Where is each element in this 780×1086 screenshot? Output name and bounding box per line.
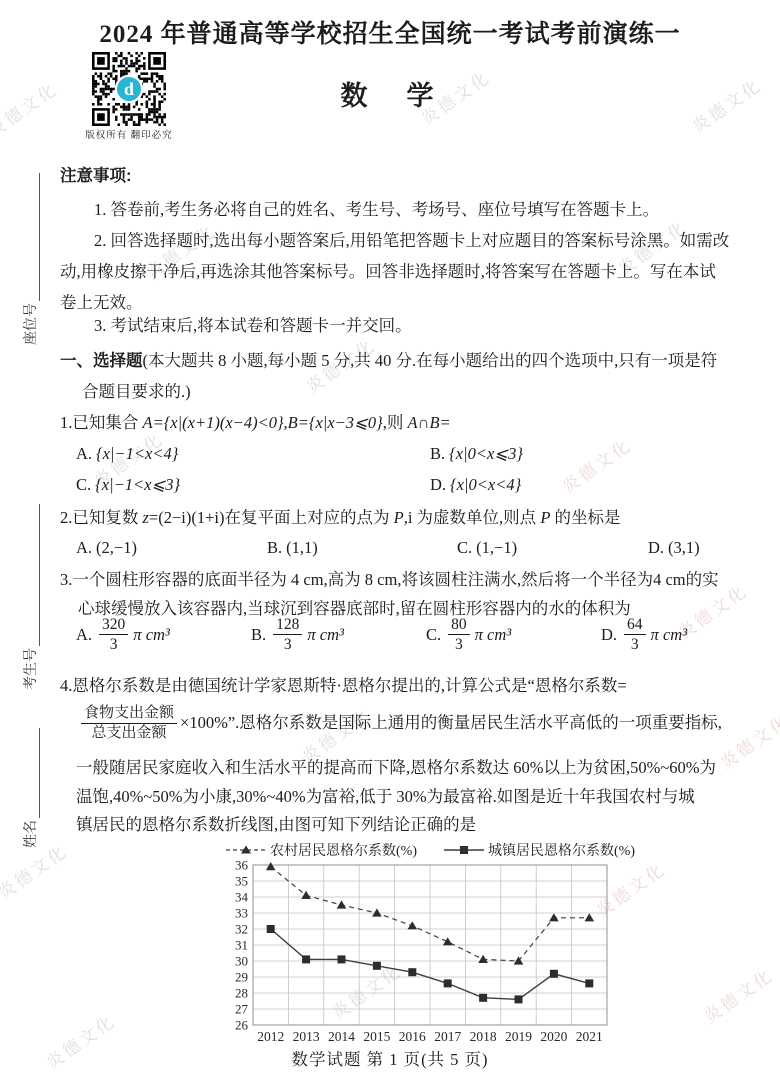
- fraction-numerator: 128: [273, 616, 302, 635]
- svg-text:34: 34: [235, 890, 249, 905]
- q2-option-d: D.(3,1): [648, 538, 700, 558]
- name-line: [25, 728, 40, 818]
- chart-legend: 农村居民恩格尔系数(%) 城镇居民恩格尔系数(%): [215, 840, 645, 860]
- option-key: C.: [76, 475, 91, 494]
- candidate-number-line: [25, 504, 40, 646]
- seat-number-field: 座位号: [20, 173, 40, 345]
- option-value: π cm³: [133, 625, 170, 645]
- svg-text:2014: 2014: [328, 1029, 355, 1044]
- q1-option-c: C.{x|−1<x⩽3}: [76, 475, 180, 495]
- fraction-denominator: 3: [624, 635, 646, 653]
- engel-chart: 2627282930313233343536201220132014201520…: [228, 858, 648, 1054]
- question-3-stem-line1: 3.一个圆柱形容器的底面半径为 4 cm,高为 8 cm,将该圆柱注满水,然后将…: [60, 569, 719, 590]
- svg-text:2019: 2019: [505, 1029, 532, 1044]
- option-value: (2,−1): [96, 538, 137, 557]
- option-key: C.: [426, 625, 441, 645]
- svg-text:30: 30: [235, 954, 248, 969]
- option-key: D.: [648, 538, 664, 557]
- q3-option-a: A.3203π cm³: [76, 616, 170, 653]
- fraction-numerator: 64: [624, 616, 646, 635]
- fraction-denominator: 3: [273, 635, 302, 653]
- q1-option-d: D.{x|0<x<4}: [430, 475, 521, 495]
- q3-option-d: D.643π cm³: [601, 616, 687, 653]
- svg-text:2012: 2012: [257, 1029, 284, 1044]
- option-key: A.: [76, 625, 92, 645]
- exam-page: 炎德文化 炎德文化 炎德文化 炎德文化 炎德文化 炎德文化 炎德文化 炎德文化 …: [0, 0, 780, 1086]
- q3-option-c: C.803π cm³: [426, 616, 511, 653]
- legend-label-urban: 城镇居民恩格尔系数(%): [488, 840, 635, 860]
- option-key: D.: [601, 625, 617, 645]
- option-value: (1,−1): [476, 538, 517, 557]
- option-value: (1,1): [286, 538, 318, 557]
- svg-text:2018: 2018: [470, 1029, 497, 1044]
- svg-text:36: 36: [235, 858, 249, 873]
- svg-text:2016: 2016: [399, 1029, 426, 1044]
- seat-number-line: [25, 173, 40, 301]
- name-label: 姓名: [20, 820, 40, 848]
- legend-item-urban: 城镇居民恩格尔系数(%): [443, 840, 635, 860]
- fraction-numerator: 80: [448, 616, 470, 635]
- section-one-heading-rest: (本大题共 8 小题,每小题 5 分,共 40 分.在每小题给出的四个选项中,只…: [143, 351, 718, 370]
- notice-line: 动,用橡皮擦干净后,再选涂其他答案标号。回答非选择题时,将答案写在答题卡上。写在…: [60, 261, 716, 282]
- option-value: π cm³: [475, 625, 512, 645]
- q1-option-b: B.{x|0<x⩽3}: [430, 444, 523, 464]
- fraction-denominator: 3: [99, 635, 128, 653]
- svg-text:29: 29: [235, 970, 248, 985]
- page-title: 2024 年普通高等学校招生全国统一考试考前演练一: [0, 14, 780, 50]
- option-value: {x|−1<x<4}: [96, 444, 178, 463]
- subject-title: 数 学: [0, 74, 780, 113]
- section-one-heading-bold: 一、选择题: [60, 352, 143, 370]
- q2-option-a: A.(2,−1): [76, 538, 137, 558]
- svg-text:2015: 2015: [363, 1029, 390, 1044]
- question-2-stem: 2.已知复数 z=(2−i)(1+i)在复平面上对应的点为 P,i 为虚数单位,…: [60, 507, 621, 528]
- option-key: B.: [430, 444, 445, 463]
- candidate-number-label: 考生号: [20, 648, 40, 690]
- option-key: A.: [76, 444, 92, 463]
- notice-heading: 注意事项:: [60, 166, 132, 187]
- q2-option-c: C.(1,−1): [457, 538, 517, 558]
- notice-line: 2. 回答选择题时,选出每小题答案后,用铅笔把答题卡上对应题目的答案标号涂黑。如…: [94, 230, 729, 251]
- option-value: {x|0<x<4}: [450, 475, 521, 494]
- q2-option-b: B.(1,1): [267, 538, 318, 558]
- option-value: π cm³: [307, 625, 344, 645]
- notice-line: 3. 考试结束后,将本试卷和答题卡一并交回。: [94, 315, 412, 336]
- notice-line: 卷上无效。: [60, 292, 143, 313]
- option-key: C.: [457, 538, 472, 557]
- svg-text:2017: 2017: [434, 1029, 461, 1044]
- question-4-stem-line4: 温饱,40%~50%为小康,30%~40%为富裕,低于 30%为最富裕.如图是近…: [76, 786, 695, 807]
- svg-text:2013: 2013: [293, 1029, 320, 1044]
- q3-option-b: B.1283π cm³: [251, 616, 344, 653]
- question-4-stem-line2: 食物支出金额总支出金额×100%”.恩格尔系数是国际上通用的衡量居民生活水平高低…: [78, 700, 722, 746]
- option-key: B.: [267, 538, 282, 557]
- watermark-text: 炎德文化: [698, 961, 778, 1027]
- option-value: (3,1): [668, 538, 700, 557]
- svg-text:35: 35: [235, 874, 248, 889]
- qr-caption: 版权所有 翻印必究: [84, 127, 174, 141]
- legend-label-rural: 农村居民恩格尔系数(%): [270, 840, 417, 860]
- option-value: π cm³: [651, 625, 688, 645]
- q1-option-a: A.{x|−1<x<4}: [76, 444, 178, 464]
- fraction-numerator: 320: [99, 616, 128, 635]
- option-key: D.: [430, 475, 446, 494]
- svg-text:2021: 2021: [576, 1029, 603, 1044]
- section-one-heading: 一、选择题(本大题共 8 小题,每小题 5 分,共 40 分.在每小题给出的四个…: [60, 350, 717, 372]
- legend-item-rural: 农村居民恩格尔系数(%): [225, 840, 417, 860]
- option-value: {x|−1<x⩽3}: [95, 475, 180, 494]
- notice-line: 1. 答卷前,考生务必将自己的姓名、考生号、考场号、座位号填写在答题卡上。: [94, 199, 659, 220]
- page-footer: 数学试题 第 1 页(共 5 页): [0, 1046, 780, 1070]
- square-marker-icon: [443, 844, 485, 856]
- svg-text:31: 31: [235, 938, 248, 953]
- seat-number-label: 座位号: [20, 303, 40, 345]
- svg-text:2020: 2020: [540, 1029, 567, 1044]
- question-4-stem-line3: 一般随居民家庭收入和生活水平的提高而下降,恩格尔系数达 60%以上为贫困,50%…: [76, 757, 716, 778]
- name-field: 姓名: [20, 728, 40, 848]
- svg-text:26: 26: [235, 1018, 249, 1033]
- question-4-stem-line1: 4.恩格尔系数是由德国统计学家恩斯特·恩格尔提出的,计算公式是“恩格尔系数=: [60, 675, 627, 696]
- svg-text:28: 28: [235, 986, 248, 1001]
- candidate-number-field: 考生号: [20, 504, 40, 690]
- option-key: A.: [76, 538, 92, 557]
- option-key: B.: [251, 625, 266, 645]
- triangle-marker-icon: [225, 844, 267, 856]
- watermark-text: 炎德文化: [714, 707, 780, 773]
- svg-text:32: 32: [235, 922, 248, 937]
- svg-text:33: 33: [235, 906, 248, 921]
- watermark-text: 炎德文化: [556, 431, 636, 497]
- option-value: {x|0<x⩽3}: [449, 444, 523, 463]
- question-4-stem-line5: 镇居民的恩格尔系数折线图,由图可知下列结论正确的是: [76, 814, 476, 835]
- svg-text:27: 27: [235, 1002, 249, 1017]
- question-1-stem: 1.已知集合 A={x|(x+1)(x−4)<0},B={x|x−3⩽0},则 …: [60, 412, 451, 433]
- section-one-heading-line2: 合题目要求的.): [82, 381, 191, 402]
- fraction-denominator: 3: [448, 635, 470, 653]
